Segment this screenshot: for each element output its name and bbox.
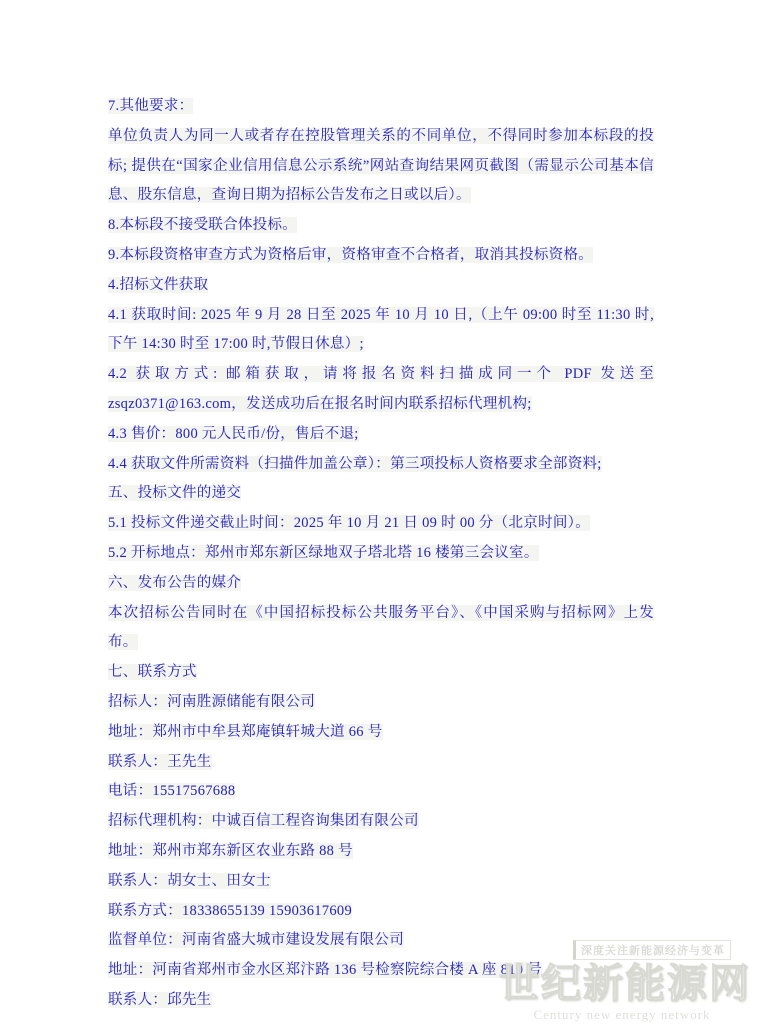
paragraph: 联系方式：18338655139 15903617609 <box>108 897 654 927</box>
paragraph-text: 4.2 获取方式: 邮箱获取，请将报名资料扫描成同一个 PDF 发送至 zsqz… <box>108 366 654 412</box>
paragraph: 本次招标公告同时在《中国招标投标公共服务平台》、《中国采购与招标网》上发布。 <box>108 599 654 659</box>
paragraph: 4.3 售价：800 元人民币/份，售后不退; <box>108 420 654 450</box>
paragraph-text: 8.本标段不接受联合体投标。 <box>108 217 297 233</box>
paragraph: 地址：郑州市中牟县郑庵镇轩城大道 66 号 <box>108 718 654 748</box>
paragraph: 4.1 获取时间: 2025 年 9 月 28 日至 2025 年 10 月 1… <box>108 301 654 361</box>
paragraph: 招标人：河南胜源储能有限公司 <box>108 688 654 718</box>
paragraph: 5.1 投标文件递交截止时间：2025 年 10 月 21 日 09 时 00 … <box>108 509 654 539</box>
paragraph: 4.招标文件获取 <box>108 271 654 301</box>
paragraph: 五、投标文件的递交 <box>108 479 654 509</box>
paragraph: 六、发布公告的媒介 <box>108 569 654 599</box>
paragraph: 5.2 开标地点：郑州市郑东新区绿地双子塔北塔 16 楼第三会议室。 <box>108 539 654 569</box>
paragraph: 七、联系方式 <box>108 658 654 688</box>
paragraph-text: 联系人：王先生 <box>108 754 212 770</box>
paragraph-text: 电话：15517567688 <box>108 783 235 799</box>
paragraph: 电话：15517567688 <box>108 777 654 807</box>
paragraph: 单位负责人为同一人或者存在控股管理关系的不同单位，不得同时参加本标段的投标; 提… <box>108 122 654 211</box>
paragraph-text: 招标人：河南胜源储能有限公司 <box>108 694 315 710</box>
paragraph: 联系人：胡女士、田女士 <box>108 867 654 897</box>
watermark-subtitle: Century new energy network <box>499 1007 745 1023</box>
paragraph: 7.其他要求： <box>108 92 654 122</box>
paragraph-text: 联系人：邱先生 <box>108 992 212 1008</box>
paragraph: 9.本标段资格审查方式为资格后审，资格审查不合格者，取消其投标资格。 <box>108 241 654 271</box>
paragraph-text: 联系人：胡女士、田女士 <box>108 873 271 889</box>
document-body: 7.其他要求：单位负责人为同一人或者存在控股管理关系的不同单位，不得同时参加本标… <box>108 92 654 1016</box>
paragraph: 4.4 获取文件所需资料（扫描件加盖公章）：第三项投标人资格要求全部资料; <box>108 450 654 480</box>
paragraph-text: 4.3 售价：800 元人民币/份，售后不退; <box>108 426 359 442</box>
paragraph-text: 七、联系方式 <box>108 664 197 680</box>
site-watermark: 深度关注新能源经济与变革 世纪新能源网 Century new energy n… <box>499 940 745 1023</box>
paragraph-text: 联系方式：18338655139 15903617609 <box>108 903 352 919</box>
paragraph-text: 五、投标文件的递交 <box>108 485 241 501</box>
paragraph-text: 5.2 开标地点：郑州市郑东新区绿地双子塔北塔 16 楼第三会议室。 <box>108 545 539 561</box>
paragraph-text: 六、发布公告的媒介 <box>108 575 241 591</box>
paragraph-text: 地址：郑州市郑东新区农业东路 88 号 <box>108 843 353 859</box>
paragraph: 地址：郑州市郑东新区农业东路 88 号 <box>108 837 654 867</box>
watermark-logo-text: 世纪新能源网 <box>499 963 745 1005</box>
paragraph-text: 招标代理机构：中诚百信工程咨询集团有限公司 <box>108 813 419 829</box>
paragraph-text: 4.招标文件获取 <box>108 277 208 293</box>
paragraph-text: 4.1 获取时间: 2025 年 9 月 28 日至 2025 年 10 月 1… <box>108 307 654 353</box>
paragraph-text: 7.其他要求： <box>108 98 193 114</box>
paragraph: 联系人：王先生 <box>108 748 654 778</box>
document-page: 7.其他要求：单位负责人为同一人或者存在控股管理关系的不同单位，不得同时参加本标… <box>0 0 757 1031</box>
paragraph: 招标代理机构：中诚百信工程咨询集团有限公司 <box>108 807 654 837</box>
paragraph: 4.2 获取方式: 邮箱获取，请将报名资料扫描成同一个 PDF 发送至 zsqz… <box>108 360 654 420</box>
paragraph-text: 9.本标段资格审查方式为资格后审，资格审查不合格者，取消其投标资格。 <box>108 247 593 263</box>
paragraph-text: 单位负责人为同一人或者存在控股管理关系的不同单位，不得同时参加本标段的投标; 提… <box>108 128 654 204</box>
paragraph-text: 地址：河南省郑州市金水区郑汴路 136 号检察院综合楼 A 座 810 号 <box>108 962 542 978</box>
paragraph-text: 5.1 投标文件递交截止时间：2025 年 10 月 21 日 09 时 00 … <box>108 515 590 531</box>
paragraph-text: 地址：郑州市中牟县郑庵镇轩城大道 66 号 <box>108 724 383 740</box>
paragraph: 8.本标段不接受联合体投标。 <box>108 211 654 241</box>
paragraph-text: 监督单位：河南省盛大城市建设发展有限公司 <box>108 932 404 948</box>
watermark-tagline-badge: 深度关注新能源经济与变革 <box>573 940 731 960</box>
paragraph-text: 4.4 获取文件所需资料（扫描件加盖公章）：第三项投标人资格要求全部资料; <box>108 456 602 472</box>
paragraph-text: 本次招标公告同时在《中国招标投标公共服务平台》、《中国采购与招标网》上发布。 <box>108 605 654 651</box>
